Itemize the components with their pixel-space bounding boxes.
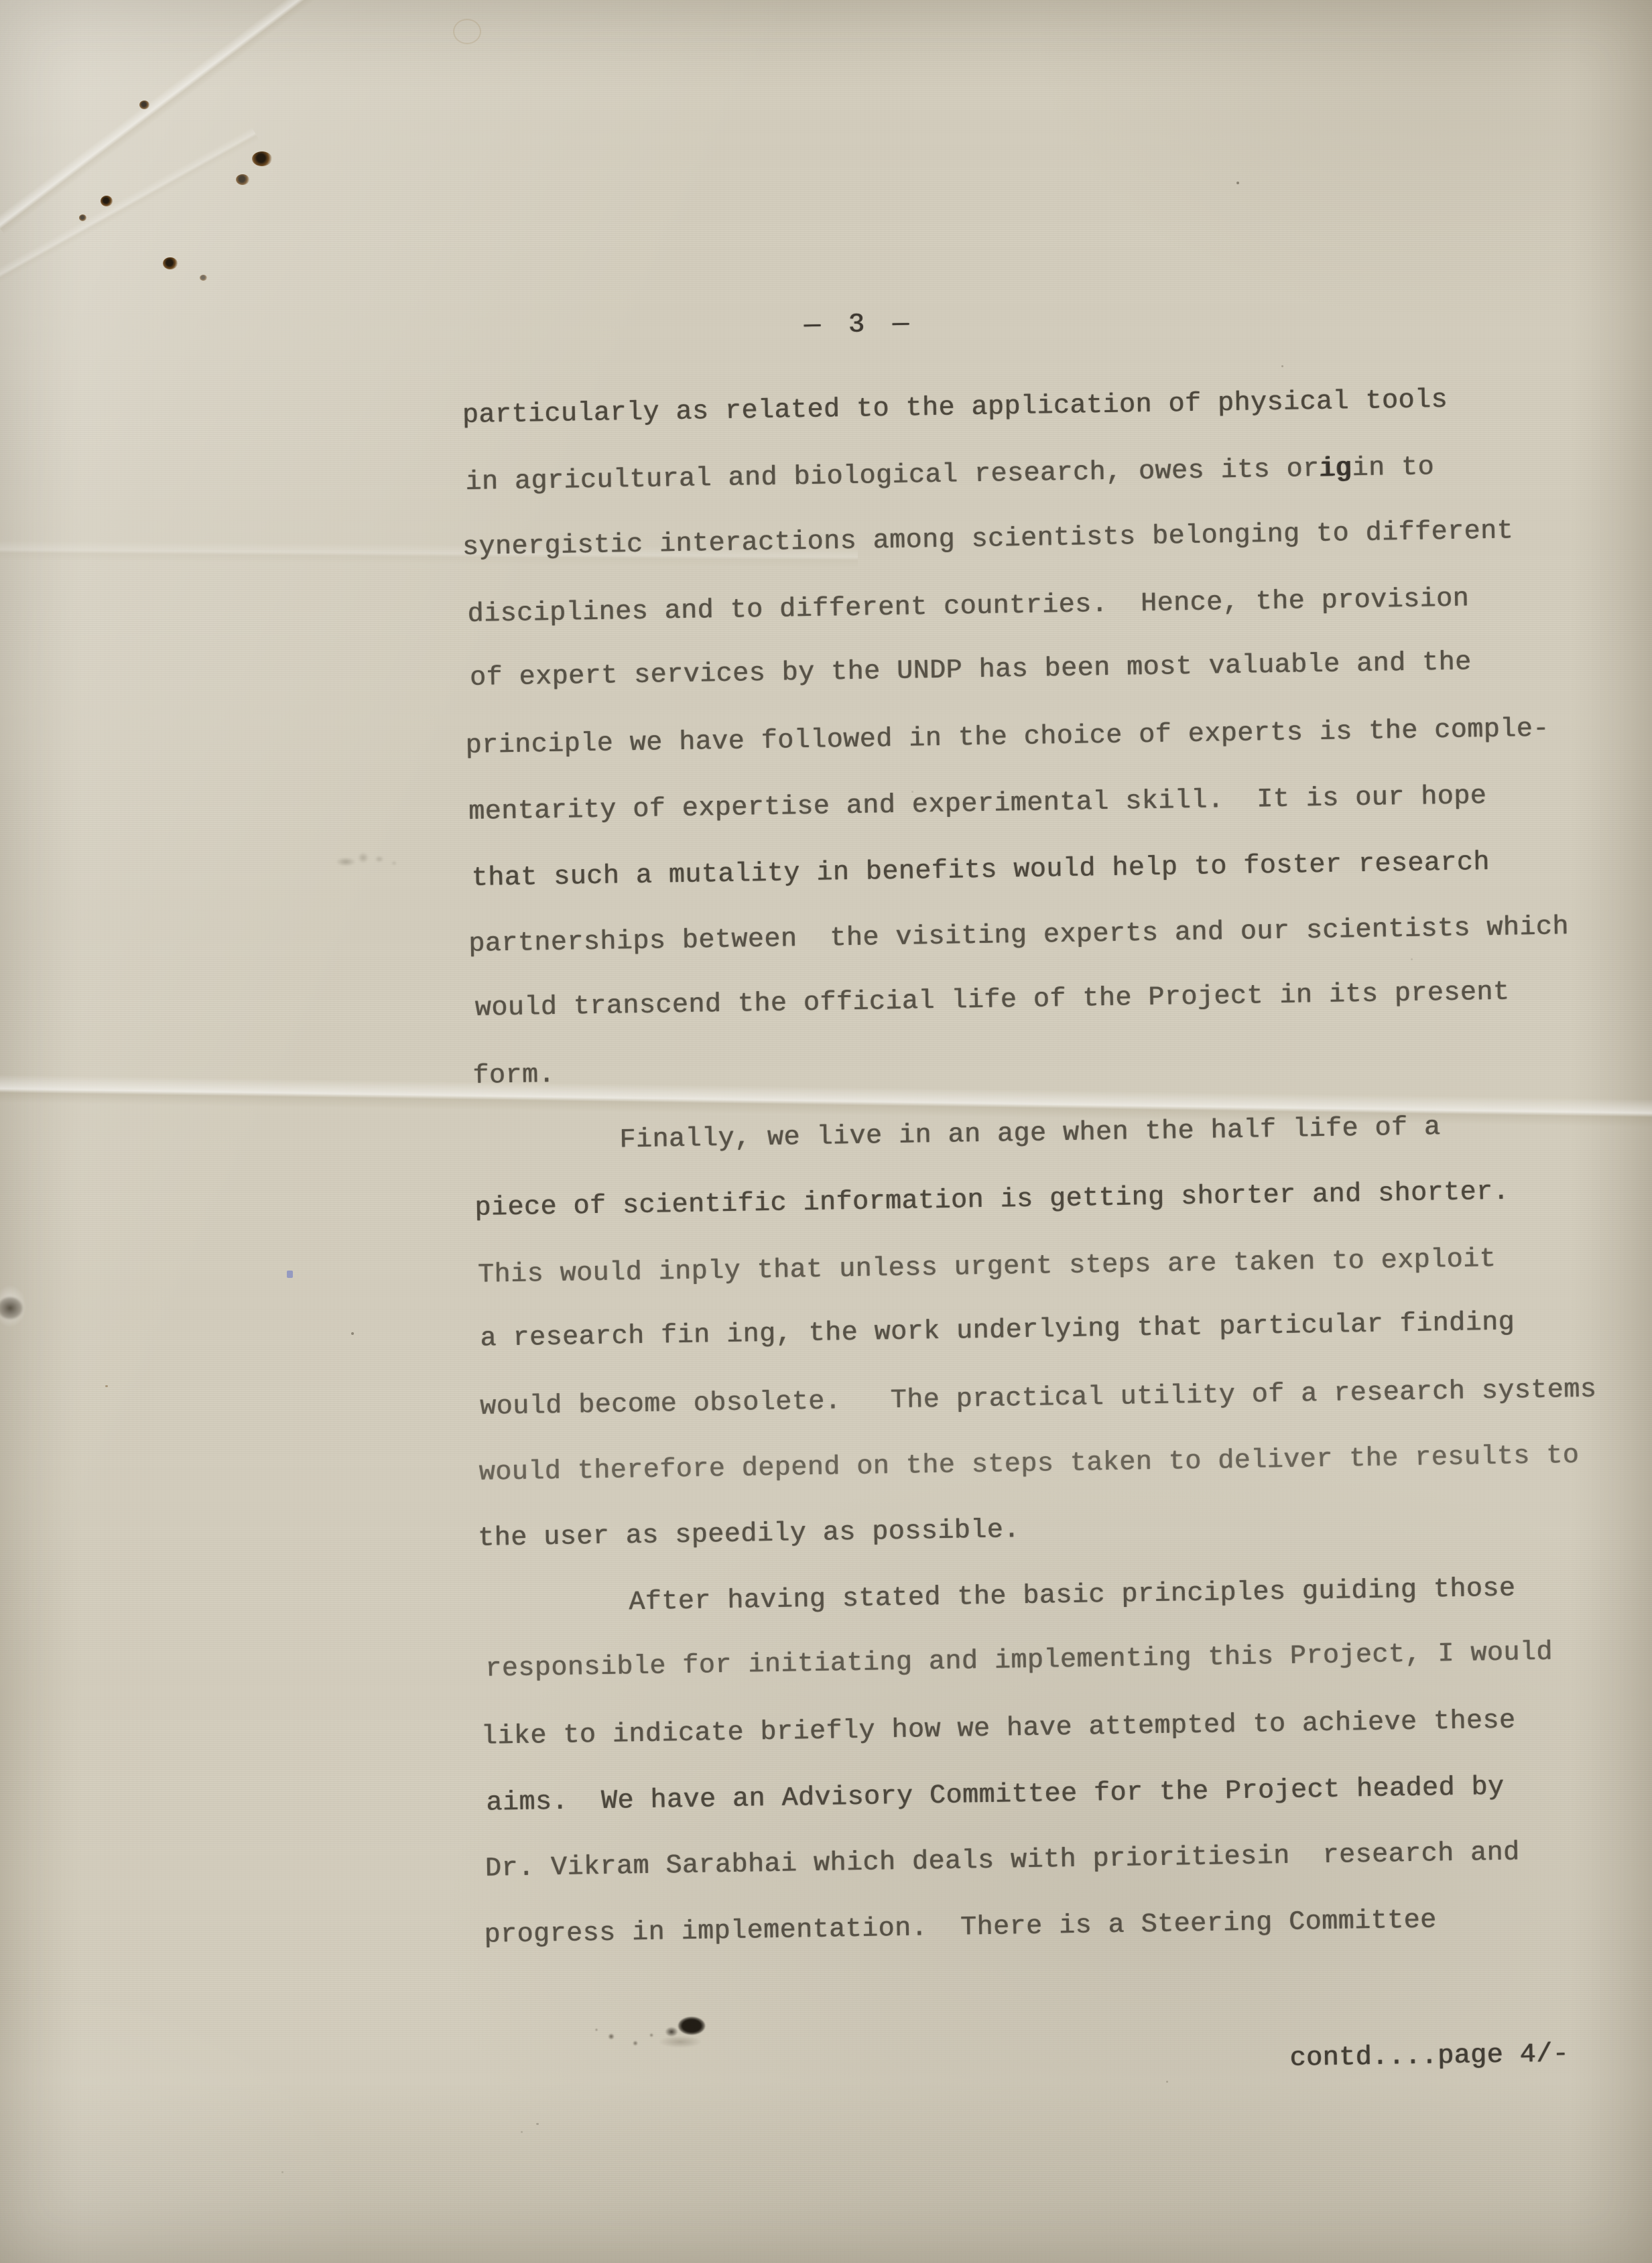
typewritten-text-layer: — 3 — particularly as related to the app…: [456, 0, 1652, 2263]
line-segment: in agricultural and biological research,…: [465, 454, 1320, 498]
rust-spot: [101, 196, 113, 206]
overstruck-text: ig: [1319, 454, 1352, 484]
rust-spot: [200, 275, 207, 281]
page-number: — 3 —: [804, 292, 915, 359]
rust-spot: [252, 151, 272, 166]
rust-spot: [139, 101, 149, 109]
corner-fold-crease-2: [0, 127, 259, 289]
body-lines: particularly as related to the applicati…: [462, 366, 1603, 1969]
dust-speck: [281, 2171, 283, 2173]
continuation-note: contd....page 4/-: [1289, 2022, 1570, 2092]
rust-spot: [79, 214, 86, 221]
blue-ink-fleck: [287, 1271, 293, 1278]
scanned-page: — 3 — particularly as related to the app…: [0, 0, 1652, 2263]
dust-speck: [105, 1385, 108, 1387]
rust-spot: [163, 257, 178, 269]
corner-fold-crease: [0, 0, 369, 235]
edge-tear: [0, 1292, 28, 1324]
dust-speck: [351, 1332, 354, 1335]
rust-spot: [236, 174, 249, 185]
line-segment: in to: [1352, 452, 1434, 484]
faint-ink-smudge: [314, 839, 407, 881]
